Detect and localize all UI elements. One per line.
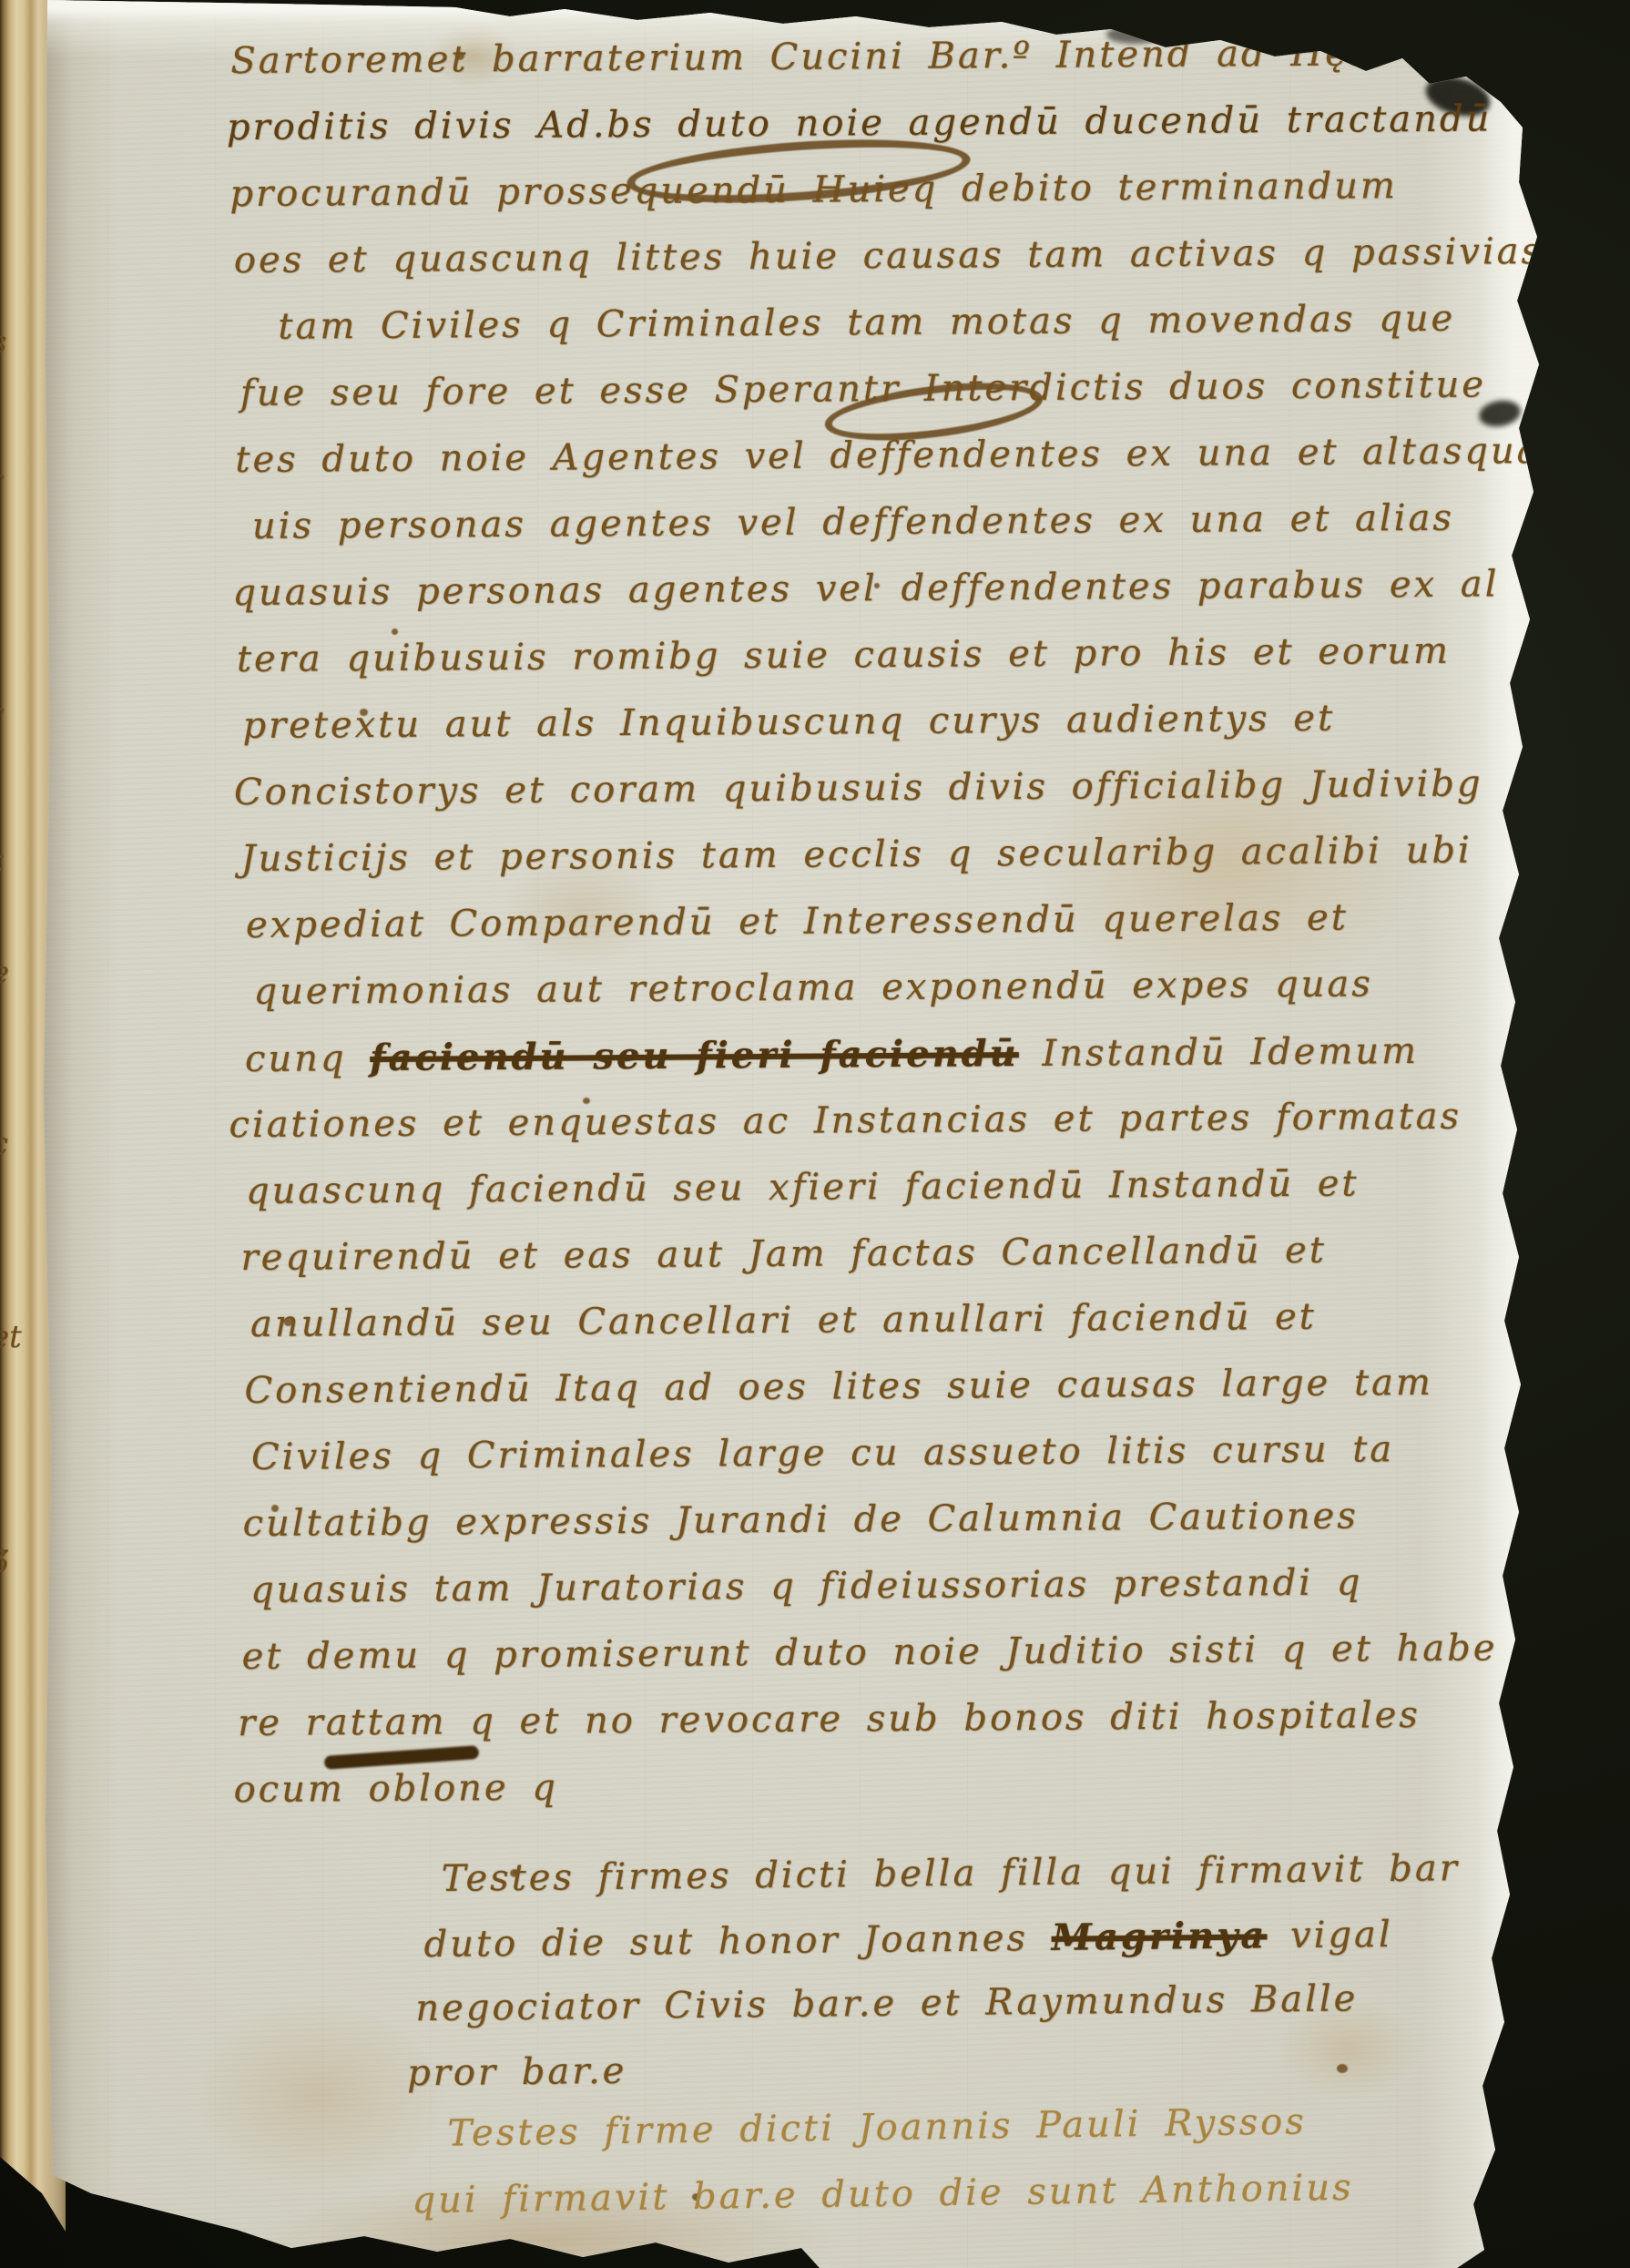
manuscript-line: Testes firmes dicti bella filla qui firm…	[442, 1836, 1461, 1912]
manuscript-line: re rattam q et no revocare sub bonos dit…	[238, 1681, 1572, 1757]
manuscript-line: Concistorys et coram quibusuis divis off…	[234, 751, 1565, 826]
gutter-text-fragment: s	[0, 324, 6, 361]
manuscript-line: anullandū seu Cancellari et anullari fac…	[250, 1282, 1569, 1358]
line-text: duto die sut honor Joannes	[423, 1917, 1051, 1966]
manuscript-text-block: Sartoremet barraterium Cucini Bar.º Inte…	[221, 19, 1572, 1824]
manuscript-line: Consentiendū Itaq ad oes lites suie caus…	[244, 1349, 1569, 1425]
line-text: vigal	[1267, 1914, 1393, 1956]
manuscript-line: Sartoremet barraterium Cucini Bar.º Inte…	[230, 19, 1560, 95]
manuscript-line: querimonias aut retroclama exponendū exp…	[253, 950, 1566, 1026]
manuscript-line: negociator Civis bar.e et Raymundus Ball…	[415, 1966, 1462, 2041]
manuscript-line: oes et quascunq littes huie causas tam a…	[234, 219, 1562, 294]
witness-clause-2: Testes firme dicti Joannis Pauli Ryssos …	[411, 2089, 1354, 2234]
gutter-text-fragment: ʒ	[0, 1538, 8, 1574]
strikethrough-text: faciendū seu fieri faciendū	[370, 1032, 1019, 1079]
manuscript-line: tera quibusuis romibg suie causis et pro…	[237, 618, 1564, 693]
manuscript-line: quasuis tam Juratorias q fideiussorias p…	[250, 1548, 1571, 1624]
witness-clause-1: Testes firmes dicti bella filla qui firm…	[442, 1836, 1462, 2106]
gutter-text-fragment: e	[0, 955, 9, 991]
manuscript-line: procurandū prossequendū Huieq debito ter…	[229, 152, 1561, 228]
gutter-text-fragment: c	[0, 1126, 8, 1162]
manuscript-line: cultatibg expressis Jurandi de Calumnia …	[242, 1482, 1570, 1558]
gutter-text-fragment: et	[0, 1319, 22, 1355]
manuscript-line: expediat Comparendū et Interessendū quer…	[246, 884, 1566, 959]
manuscript-line: Civiles q Criminales large cu assueto li…	[251, 1415, 1570, 1491]
manuscript-line: tes duto noie Agentes vel deffendentes e…	[235, 418, 1563, 494]
manuscript-line: qui firmavit bar.e duto die sunt Anthoni…	[412, 2155, 1354, 2234]
manuscript-line: cunq faciendū seu fieri faciendū Instand…	[245, 1017, 1567, 1092]
manuscript-line: quascunq faciendū seu xfieri faciendū In…	[246, 1149, 1568, 1225]
manuscript-line: Testes firme dicti Joannis Pauli Ryssos	[447, 2089, 1353, 2168]
manuscript-line: proditis divis Ad.bs duto noie agendū du…	[227, 86, 1561, 161]
strikethrough-text: Magrinya	[1051, 1914, 1267, 1958]
manuscript-line: fue seu fore et esse Sperantr Interdicti…	[240, 352, 1563, 427]
gutter-text-fragment: t	[0, 843, 4, 880]
manuscript-line: duto die sut honor Joannes Magrinya viga…	[423, 1901, 1461, 1977]
manuscript-line: uis personas agentes vel deffendentes ex…	[252, 485, 1564, 560]
manuscript-line: quasuis personas agentes vel deffendente…	[232, 551, 1564, 627]
line-text: cunq	[245, 1037, 371, 1080]
manuscript-page: 42 Sartoremet barraterium Cucini Bar.º I…	[0, 0, 1630, 2268]
line-text: Instandū Idemum	[1019, 1030, 1420, 1075]
manuscript-line: et demu q promiserunt duto noie Juditio …	[241, 1615, 1571, 1691]
manuscript-line: ocum oblone q	[233, 1748, 1572, 1824]
page-number: 42	[1394, 23, 1427, 53]
manuscript-line: pretextu aut als Inquibuscunq curys audi…	[242, 684, 1564, 760]
manuscript-line: Justicijs et personis tam ecclis q secul…	[240, 817, 1565, 893]
manuscript-line: ciationes et enquestas ac Instancias et …	[229, 1083, 1567, 1159]
manuscript-line: tam Civiles q Criminales tam motas q mov…	[278, 285, 1562, 361]
manuscript-line: requirendū et eas aut Jam factas Cancell…	[240, 1216, 1568, 1292]
